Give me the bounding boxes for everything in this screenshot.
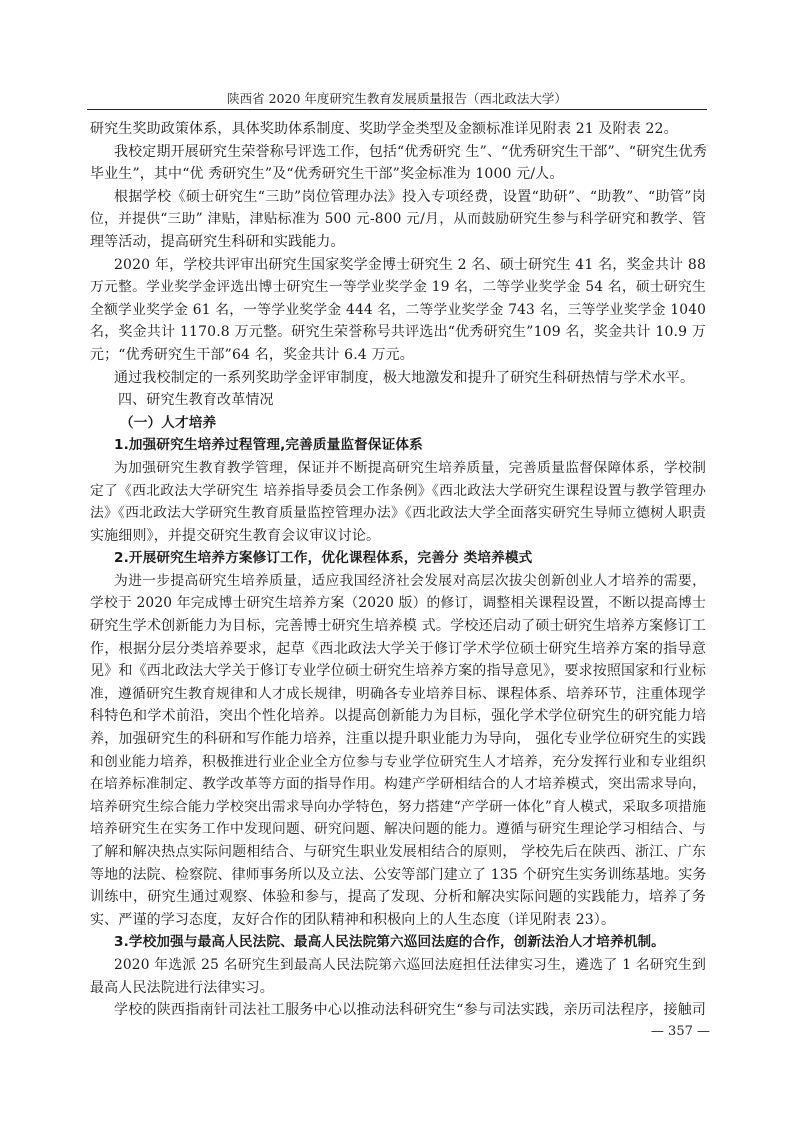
text-line: 2020 年，学校共评审出研究生国家奖学金博士研究生 2 名、硕士研究生 41 …: [90, 254, 706, 277]
subsection-heading: （一）人才培养: [90, 412, 706, 435]
text-line: 学校于 2020 年完成博士研究生培养方案（2020 版）的修订，调整相关课程设…: [90, 592, 706, 615]
text-line: 最高人民法院进行法律实习。: [90, 977, 706, 1000]
text-line: 位，并提供“三助” 津贴，津贴标准为 500 元-800 元/月，从而鼓励研究生…: [90, 208, 706, 231]
text-line: 名，奖金共计 1170.8 万元整。研究生荣誉称号共评选出“优秀研究生”109 …: [90, 321, 706, 344]
text-line: 为进一步提高研究生培养质量，适应我国经济社会发展对高层次拔尖创新创业人才培养的需…: [90, 570, 706, 593]
text-line: 研究生学术创新能力为目标，完善博士研究生培养模 式。学校还启动了硕士研究生培养方…: [90, 615, 706, 638]
text-line: 法》《西北政法大学研究生教育质量监控管理办法》《西北政法大学全面落实研究生导师立…: [90, 502, 706, 525]
text-line: 理等活动，提高研究生科研和实践能力。: [90, 231, 706, 254]
section-heading: 四、研究生教育改革情况: [90, 389, 706, 412]
text-line: 见》和《西北政法大学关于修订专业学位硕士研究生培养方案的指导意见》，要求按照国家…: [90, 660, 706, 683]
text-line: 2020 年选派 25 名研究生到最高人民法院第六巡回法庭担任法律实习生，遴选了…: [90, 954, 706, 977]
text-line: 和创业能力培养，积极推进行业企业全方位参与专业学位研究生人才培养，充分发挥行业和…: [90, 751, 706, 774]
text-line: 元；“优秀研究生干部”64 名，奖金共计 6.4 万元。: [90, 344, 706, 367]
text-line: 根据学校《硕士研究生“三助”岗位管理办法》投入专项经费，设置“助研”、“助教”、…: [90, 186, 706, 209]
text-line: 作，根据分层分类培养要求，起草《西北政法大学关于修订学术学位硕士研究生培养方案的…: [90, 638, 706, 661]
text-line: 养，加强研究生的科研和写作能力培养，注重以提升职业能力为导向， 强化专业学位研究…: [90, 728, 706, 751]
text-line: 了解和解决热点实际问题相结合、与研究生职业发展相结合的原则， 学校先后在陕西、浙…: [90, 841, 706, 864]
header-divider: [87, 109, 707, 110]
text-line: 训练中，研究生通过观察、体验和参与，提高了发现、分析和解决实际问题的实践能力，培…: [90, 886, 706, 909]
text-line: 准，遵循研究生教育规律和人才成长规律，明确各专业培养目标、课程体系、培养环节，注…: [90, 683, 706, 706]
text-line: 定了《西北政法大学研究生 培养指导委员会工作条例》《西北政法大学研究生课程设置与…: [90, 480, 706, 503]
text-line: 等地的法院、检察院、律师事务所以及立法、公安等部门建立了 135 个研究生实务训…: [90, 864, 706, 887]
text-line: 全额学业奖学金 61 名，一等学业奖学金 444 名，二等学业奖学金 743 名…: [90, 299, 706, 322]
text-line: 研究生奖助政策体系，具体奖助体系制度、奖助学金类型及金额标准详见附表 21 及附…: [90, 118, 706, 141]
text-line: 我校定期开展研究生荣誉称号评选工作，包括“优秀研究 生”、“优秀研究生干部”、“…: [90, 141, 706, 164]
running-header: 陕西省 2020 年度研究生教育发展质量报告（西北政法大学）: [87, 90, 707, 108]
text-line: 科特色和学术前沿，突出个性化培养。以提高创新能力为目标，强化学术学位研究生的研究…: [90, 705, 706, 728]
text-line: 实施细则》，并提交研究生教育会议审议讨论。: [90, 525, 706, 548]
text-line: 在培养标准制定、教学改革等方面的指导作用。构建产学研相结合的人才培养模式，突出需…: [90, 773, 706, 796]
text-line: 毕业生”，其中“优 秀研究生”及“优秀研究生干部”奖金标准为 1000 元/人。: [90, 163, 706, 186]
text-line: 通过我校制定的一系列奖助学金评审制度，极大地激发和提升了研究生科研热情与学术水平…: [90, 367, 706, 390]
numbered-heading: 3.学校加强与最高人民法院、最高人民法院第六巡回法庭的合作，创新法治人才培养机制…: [90, 931, 706, 954]
text-line: 培养研究生在实务工作中发现问题、研究问题、解决问题的能力。遵循与研究生理论学习相…: [90, 818, 706, 841]
text-line: 培养研究生综合能力学校突出需求导向办学特色，努力搭建“产学研一体化”育人模式，采…: [90, 796, 706, 819]
text-line: 为加强研究生教育教学管理，保证并不断提高研究生培养质量，完善质量监督保障体系，学…: [90, 457, 706, 480]
text-line: 万元整。学业奖学金评选出博士研究生一等学业奖学金 19 名，二等学业奖学金 54…: [90, 276, 706, 299]
numbered-heading: 2.开展研究生培养方案修订工作，优化课程体系，完善分 类培养模式: [90, 547, 706, 570]
body-text: 研究生奖助政策体系，具体奖助体系制度、奖助学金类型及金额标准详见附表 21 及附…: [90, 118, 706, 1022]
text-line: 实、严谨的学习态度，友好合作的团队精神和积极向上的人生态度（详见附表 23）。: [90, 909, 706, 932]
text-line: 学校的陕西指南针司法社工服务中心以推动法科研究生“参与司法实践，亲历司法程序，接…: [90, 999, 706, 1022]
page-number: — 357 —: [640, 1024, 710, 1039]
numbered-heading: 1.加强研究生培养过程管理,完善质量监督保证体系: [90, 434, 706, 457]
